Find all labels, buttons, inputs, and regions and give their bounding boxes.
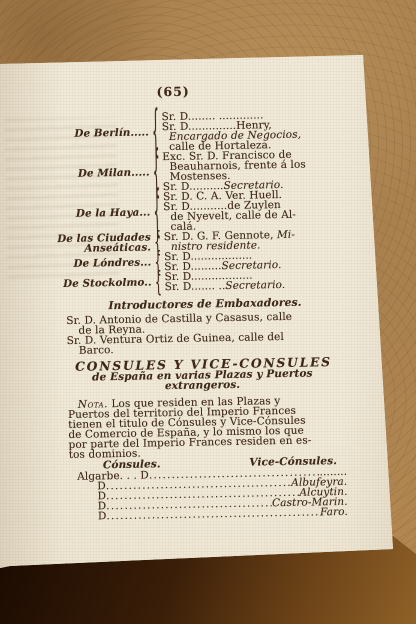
diplomatic-entry: De Stockolmo..{Sr. D..................Sr… bbox=[65, 269, 343, 294]
nota-paragraph-lines: Puertos del territorio del Imperio Franc… bbox=[68, 405, 347, 460]
text-segment: Secretario. bbox=[225, 279, 285, 292]
left-brace-glyph: { bbox=[154, 268, 161, 296]
book-photo-scene: (65) De Berlín.....{Sr. D........ ......… bbox=[0, 0, 416, 624]
entry-label-line: De la Haya... bbox=[76, 207, 151, 218]
entry-lines: Sr. D..................Sr. D....... ..Se… bbox=[164, 269, 343, 292]
entry-label-line: De Berlín..... bbox=[74, 127, 149, 138]
diplomatic-entry: De la Haya...{Sr. D. C. A. Ver. Huell.Sr… bbox=[64, 189, 343, 234]
entry-label: De las CiudadesAnseáticas. bbox=[65, 232, 151, 254]
entry-lines: Exc. Sr. D. Francisco deBeauharnois, fre… bbox=[162, 149, 342, 192]
consules-table: Cónsules. Vice-Cónsules. Algarbe. . . D.… bbox=[69, 456, 348, 522]
entry-lines: Sr. D. C. A. Ver. Huell.Sr. D...........… bbox=[163, 189, 343, 232]
entry-label-line: De Lóndres... bbox=[73, 257, 151, 268]
introducers-paragraph: Sr. D. Antonio de Castilla y Casasus, ca… bbox=[66, 311, 345, 356]
brace-cell: { bbox=[151, 272, 164, 292]
entry-label: De Berlín..... bbox=[63, 112, 150, 154]
diplomatic-list: De Berlín.....{Sr. D........ ...........… bbox=[63, 109, 344, 294]
entry-label-line: De Milan..... bbox=[78, 167, 150, 178]
introducers-heading: Introductores de Embaxadores. bbox=[66, 296, 344, 312]
diplomatic-entry: De Milan.....{Exc. Sr. D. Francisco deBe… bbox=[63, 149, 342, 194]
entry-line: Sr. D....... ..Secretario. bbox=[165, 279, 344, 292]
nota-paragraph: Nota. Los que residen en las Plazas y Pu… bbox=[68, 395, 347, 460]
text-segment: Sr. D....... .. bbox=[165, 280, 226, 293]
book-page: (65) De Berlín.....{Sr. D........ ......… bbox=[0, 0, 416, 624]
vice-consul-cell: Faro. bbox=[320, 507, 348, 518]
entry-label: De la Haya... bbox=[64, 192, 151, 234]
consules-table-rows: Algarbe. . . D..........................… bbox=[69, 467, 348, 522]
entry-label: De Milan..... bbox=[63, 152, 150, 194]
page-content: (65) De Berlín.....{Sr. D........ ......… bbox=[62, 81, 348, 522]
text-segment: Mi- bbox=[277, 229, 295, 241]
consul-cell: D bbox=[98, 511, 107, 521]
entry-label: De Stockolmo.. bbox=[65, 272, 151, 294]
entry-label-line: De Stockolmo.. bbox=[63, 277, 152, 289]
page-number: (65) bbox=[118, 83, 228, 100]
entry-lines: Sr. D........ .............Sr. D........… bbox=[161, 109, 341, 152]
entry-label: De Lóndres... bbox=[65, 252, 151, 274]
diplomatic-entry: De Berlín.....{Sr. D........ ...........… bbox=[63, 109, 342, 154]
